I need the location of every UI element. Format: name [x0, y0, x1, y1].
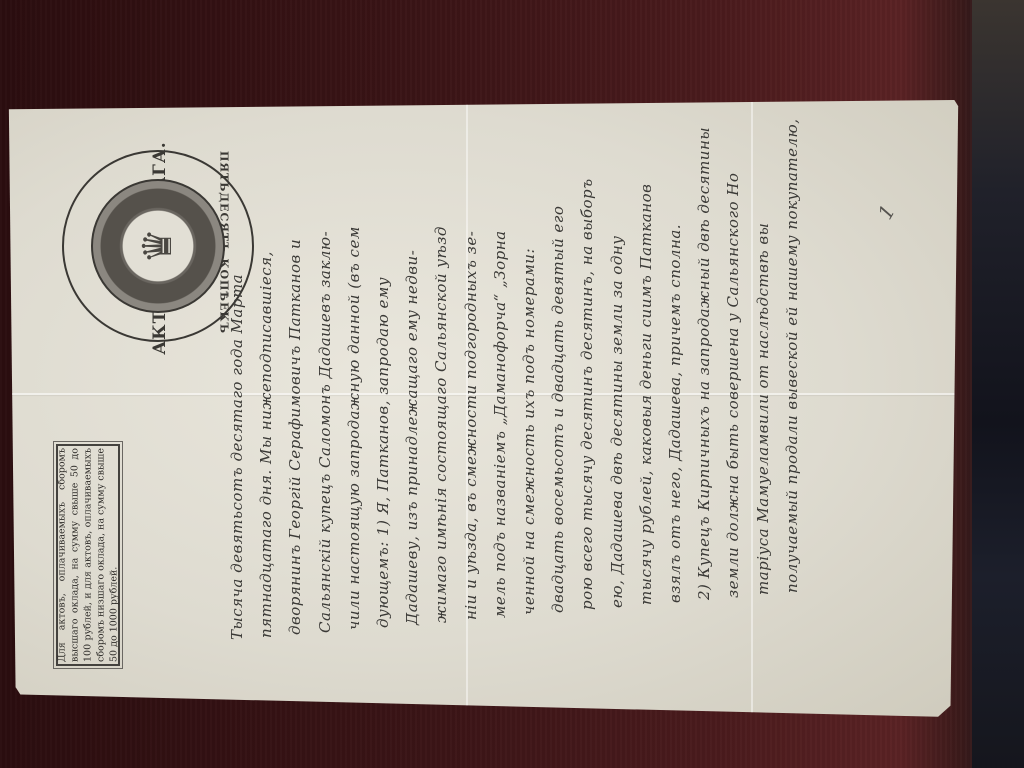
- handwritten-line: жимаго имѣнія состоящаго Сальянской уѣзд: [432, 226, 450, 623]
- stamp-emblem-ring: ♛: [91, 179, 225, 313]
- background-dark-chair: [972, 0, 1024, 768]
- printed-notice-text: Для актовъ, оплачиваемыхъ сборомъ высшаг…: [56, 448, 121, 662]
- handwritten-line: рою всего тысячу десятинъ десятинъ, на в…: [578, 178, 596, 610]
- paper-fold-horizontal: [6, 393, 962, 395]
- handwritten-line: пятнадцатаго дня. Мы нижеподписавшіеся,: [257, 251, 275, 638]
- handwritten-line: Дадашеву, изъ принадлежащаго ему недви-: [403, 250, 421, 625]
- handwritten-line: ею, Дадашева двѣ десятины земли за одну: [608, 235, 626, 607]
- handwritten-line: дующемъ: 1) Я, Патканов, запродаю ему: [374, 276, 392, 627]
- handwritten-line: взялъ отъ него, Дадашева, причемъ сполна…: [666, 223, 684, 602]
- handwritten-line: чили настоящую запродажную данной (въ се…: [345, 226, 363, 630]
- paper-fold-vertical-2: [751, 100, 753, 718]
- handwritten-line: Тысяча девятьсотъ десятаго года Марта: [228, 274, 246, 640]
- handwritten-line: двадцать восемьсотъ и двадцать девятый е…: [549, 205, 567, 612]
- stamp-seal: АКТОВАЯ БУМАГА. ПЯТЬДЕСЯТЪ КОПѢЕКЪ ♛: [62, 150, 254, 342]
- handwritten-line: Сальянскій купецъ Саломонъ Дадашевъ закл…: [316, 230, 334, 632]
- handwritten-line: получаемый продали вывеской ей нашему по…: [783, 118, 801, 592]
- handwritten-line: таріуса Мамуеламвили от наслѣдствѣ вы: [754, 223, 772, 595]
- handwritten-line: тысячу рублей, каковыя деньги сиимъ Патк…: [637, 184, 655, 605]
- handwritten-line: земли должна быть совершена у Сальянског…: [724, 172, 742, 597]
- handwritten-line: дворянинъ Георгій Серафимовичъ Патканов …: [286, 239, 304, 635]
- handwritten-line: мель подъ названіемъ „Даманофорча“ „Зорн…: [491, 230, 509, 618]
- double-headed-eagle-icon: ♛: [138, 228, 178, 264]
- handwritten-line: 2) Купецъ Кирпичныхъ на запродажный двѣ …: [695, 127, 713, 600]
- printed-notice-box: Для актовъ, оплачиваемыхъ сборомъ высшаг…: [56, 444, 120, 666]
- handwritten-line: ченной на смежность ихъ подъ номерами:: [520, 248, 538, 615]
- handwritten-line: ніи и уѣзда, въ смежности подгородныхъ з…: [462, 231, 480, 620]
